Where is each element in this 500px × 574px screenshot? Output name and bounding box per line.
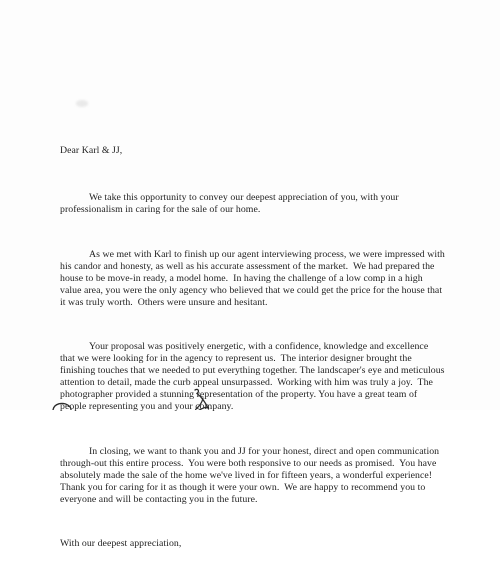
paragraph-3: Your proposal was positively energetic, … bbox=[60, 341, 445, 410]
scan-smudge bbox=[76, 100, 88, 107]
letter-body: Dear Karl & JJ, We take this opportunity… bbox=[60, 121, 445, 410]
letter-page: Dear Karl & JJ, We take this opportunity… bbox=[0, 0, 500, 410]
salutation: Dear Karl & JJ, bbox=[60, 145, 445, 157]
paragraph-1: We take this opportunity to convey our d… bbox=[60, 192, 445, 216]
paragraph-2: As we met with Karl to finish up our age… bbox=[60, 249, 445, 309]
